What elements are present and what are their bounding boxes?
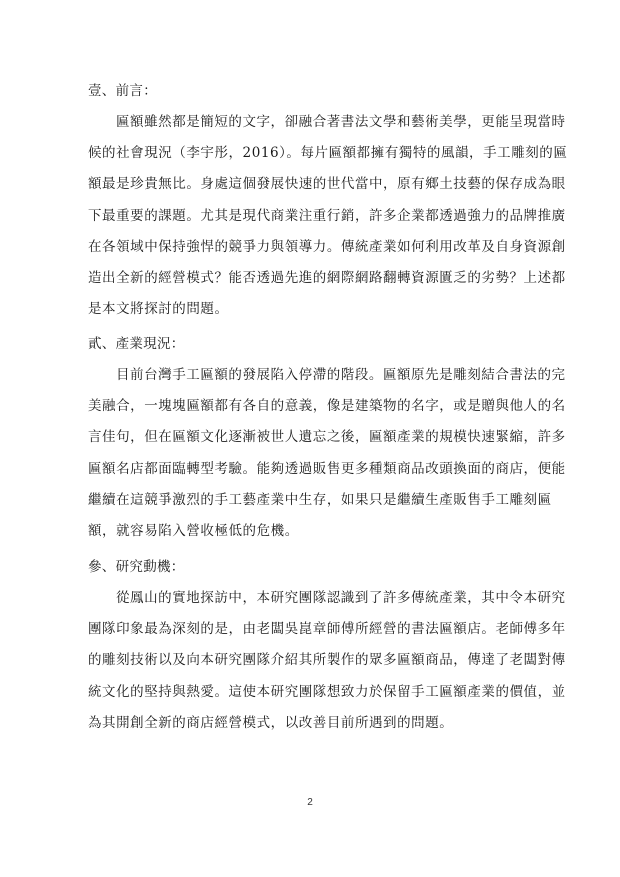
- paragraph-line: 造出全新的經營模式？能否透過先進的網際網路翻轉資源匱乏的劣勢？上述都: [88, 263, 538, 294]
- document-page: 壹、前言： 匾額雖然都是簡短的文字，卻融合著書法文學和藝術美學，更能呈現當時 候…: [0, 0, 620, 877]
- paragraph-line: 團隊印象最為深刻的是，由老闆吳崑章師傅所經營的書法匾額店。老師傅多年: [88, 614, 538, 645]
- section-heading: 貳、產業現況：: [88, 329, 538, 360]
- paragraph-line: 言佳句，但在匾額文化逐漸被世人遺忘之後，匾額產業的規模快速緊縮，許多: [88, 422, 538, 453]
- paragraph: 匾額雖然都是簡短的文字，卻融合著書法文學和藝術美學，更能呈現當時 候的社會現況（…: [88, 107, 538, 325]
- section-heading: 參、研究動機：: [88, 552, 538, 583]
- paragraph: 從鳳山的實地探訪中，本研究團隊認識到了許多傳統產業，其中令本研究 團隊印象最為深…: [88, 583, 538, 739]
- paragraph-line: 繼續在這競爭激烈的手工藝產業中生存，如果只是繼續生產販售手工雕刻匾: [88, 485, 538, 516]
- paragraph-line: 的雕刻技術以及向本研究團隊介紹其所製作的眾多匾額商品，傳達了老闆對傳: [88, 645, 538, 676]
- section-research-motivation: 參、研究動機： 從鳳山的實地探訪中，本研究團隊認識到了許多傳統產業，其中令本研究…: [88, 552, 538, 739]
- paragraph-line: 是本文將探討的問題。: [88, 294, 538, 325]
- paragraph-line: 在各領域中保持強悍的競爭力與領導力。傳統產業如何利用改革及自身資源創: [88, 232, 538, 263]
- paragraph-line: 為其開創全新的商店經營模式，以改善目前所遇到的問題。: [88, 708, 538, 739]
- paragraph: 目前台灣手工匾額的發展陷入停滯的階段。匾額原先是雕刻結合書法的完 美融合，一塊塊…: [88, 360, 538, 547]
- paragraph-line: 下最重要的課題。尤其是現代商業注重行銷，許多企業都透過強力的品牌推廣: [88, 201, 538, 232]
- paragraph-line: 美融合，一塊塊匾額都有各自的意義，像是建築物的名字，或是贈與他人的名: [88, 391, 538, 422]
- paragraph-line: 匾額雖然都是簡短的文字，卻融合著書法文學和藝術美學，更能呈現當時: [88, 107, 538, 138]
- section-industry-status: 貳、產業現況： 目前台灣手工匾額的發展陷入停滯的階段。匾額原先是雕刻結合書法的完…: [88, 329, 538, 547]
- page-number: 2: [0, 797, 620, 808]
- paragraph-line: 目前台灣手工匾額的發展陷入停滯的階段。匾額原先是雕刻結合書法的完: [88, 360, 538, 391]
- paragraph-line: 候的社會現況（李宇彤，2016）。每片匾額都擁有獨特的風韻，手工雕刻的匾: [88, 138, 538, 169]
- paragraph-line: 統文化的堅持與熱愛。這使本研究團隊想致力於保留手工匾額產業的價值，並: [88, 677, 538, 708]
- paragraph-line: 額最是珍貴無比。身處這個發展快速的世代當中，原有鄉土技藝的保存成為眼: [88, 169, 538, 200]
- paragraph-line: 從鳳山的實地探訪中，本研究團隊認識到了許多傳統產業，其中令本研究: [88, 583, 538, 614]
- paragraph-line: 匾額名店都面臨轉型考驗。能夠透過販售更多種類商品改頭換面的商店，便能: [88, 454, 538, 485]
- section-heading: 壹、前言：: [88, 76, 538, 107]
- paragraph-line: 額，就容易陷入營收極低的危機。: [88, 516, 538, 547]
- section-introduction: 壹、前言： 匾額雖然都是簡短的文字，卻融合著書法文學和藝術美學，更能呈現當時 候…: [88, 76, 538, 325]
